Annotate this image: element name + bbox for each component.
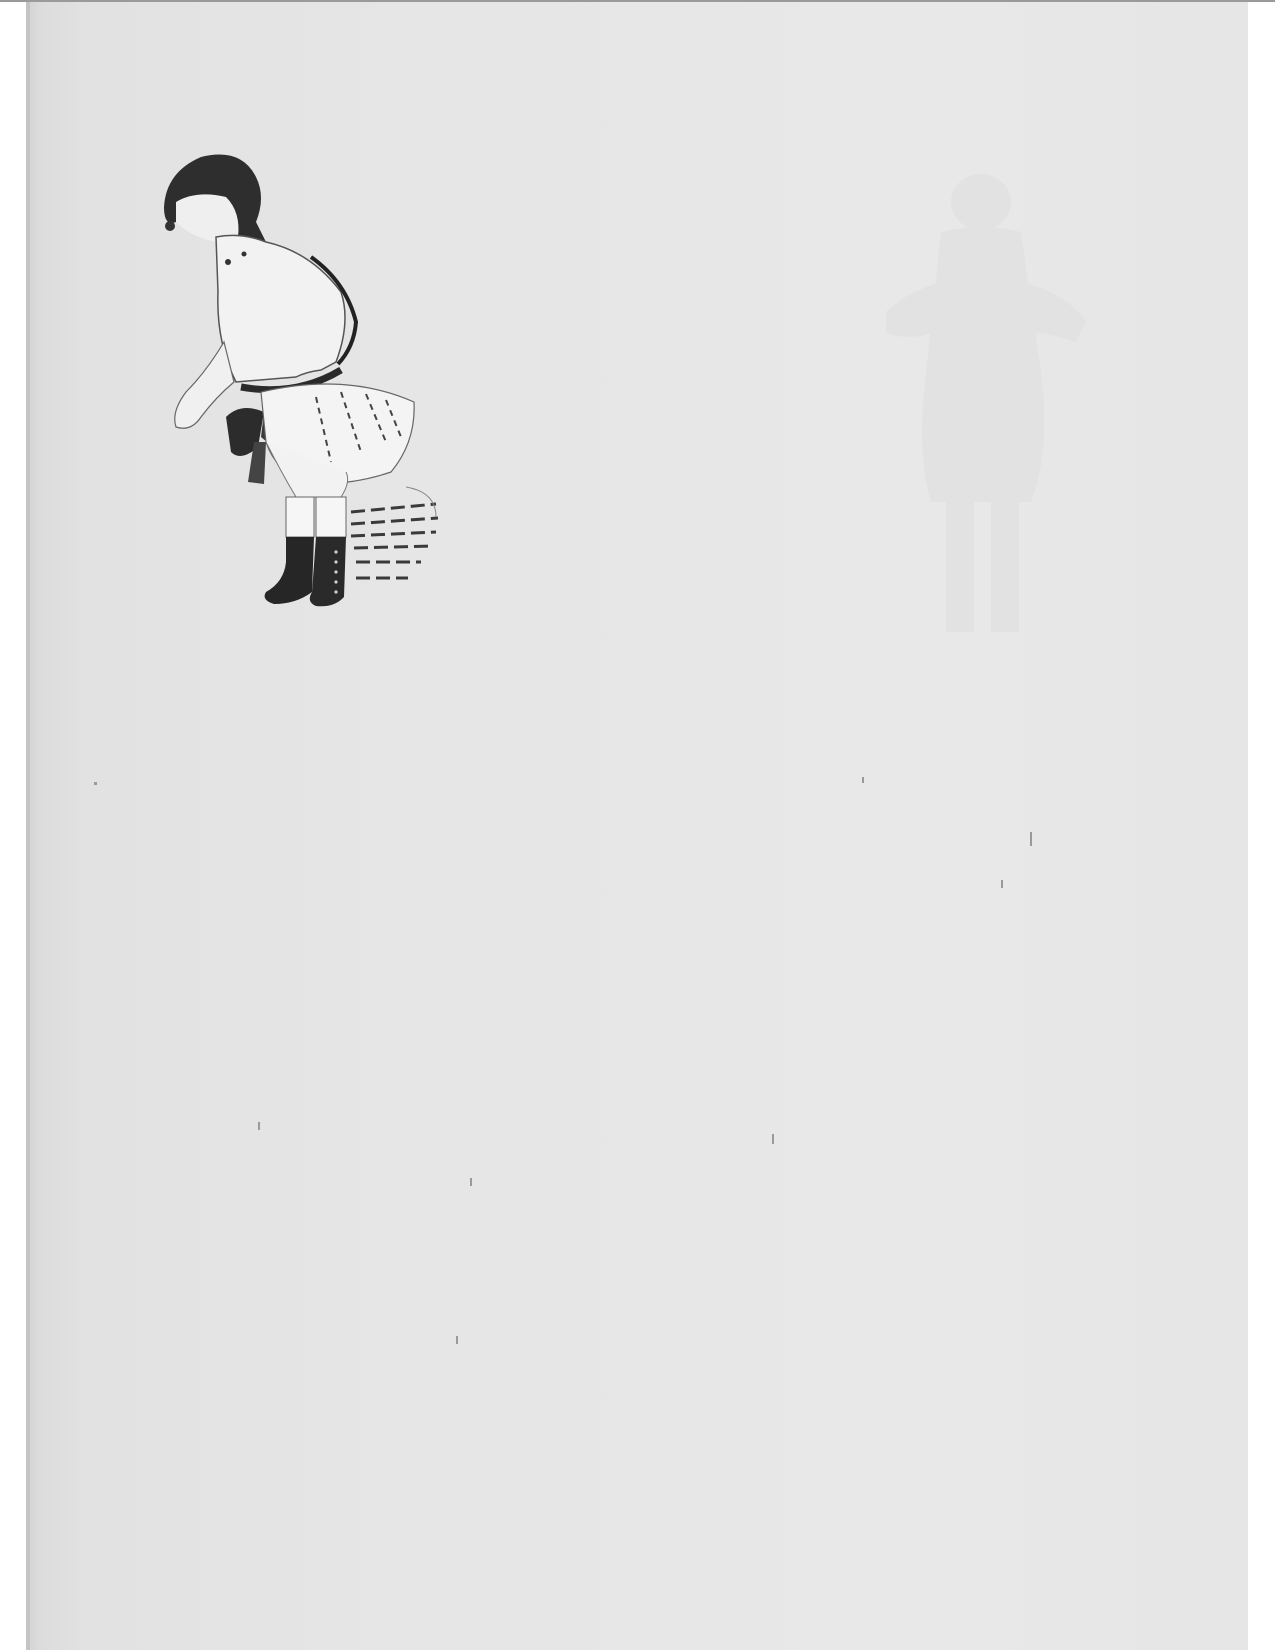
- scan-speck: [772, 1134, 774, 1144]
- book-page: [26, 2, 1248, 1650]
- scan-speck: [470, 1178, 472, 1186]
- scan-speck: [94, 782, 97, 785]
- scan-speck: [862, 777, 864, 783]
- scan-speck: [258, 1122, 260, 1130]
- scan-speck: [1001, 880, 1003, 888]
- scan-speck: [1030, 832, 1032, 846]
- scan-speck: [456, 1336, 458, 1344]
- girl-illustration: [146, 142, 446, 622]
- show-through-figure: [846, 172, 1116, 652]
